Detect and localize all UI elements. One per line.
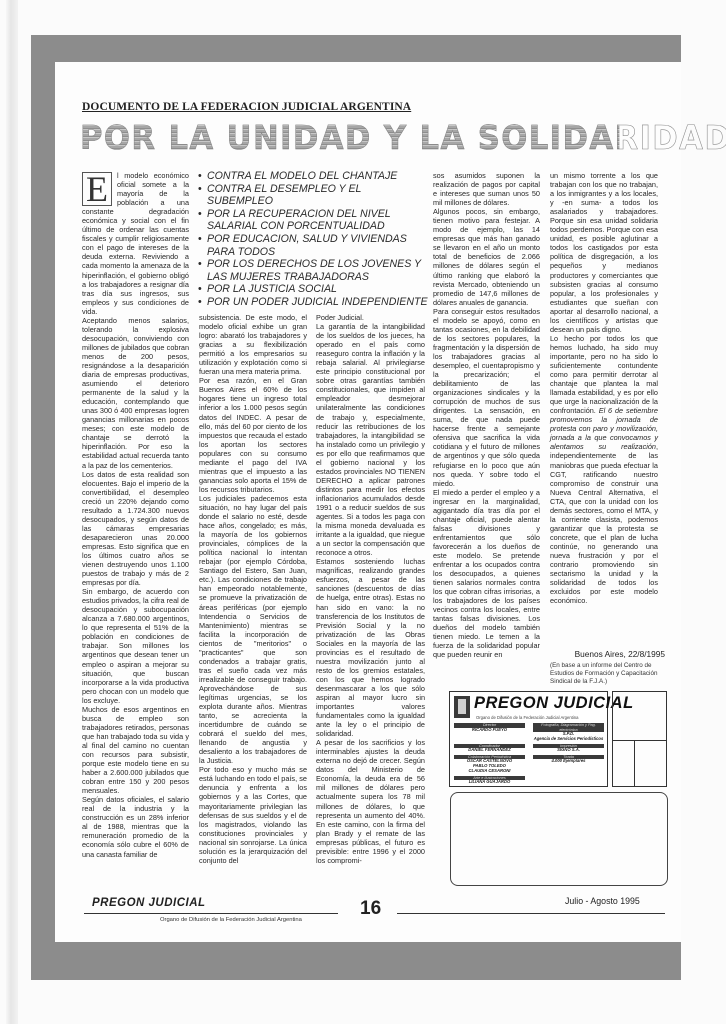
demand-item: CONTRA EL MODELO DEL CHANTAJE	[198, 170, 428, 183]
paragraph: Aceptando menos salarios, tolerando la e…	[82, 316, 189, 470]
masthead-credits: DirectorRICARDO FUEYO Fotografía, Diagra…	[454, 723, 604, 785]
masthead-box: PREGON JUDICIAL Organo de Difusión de la…	[449, 691, 608, 787]
empty-rounded-box	[450, 792, 668, 886]
column-1: El modelo económico oficial somete a la …	[82, 171, 189, 859]
paragraph: sos asumidos suponen la realización de p…	[433, 171, 540, 207]
paragraph: Según datos oficiales, el salario real d…	[82, 795, 189, 858]
masthead-logo-icon	[454, 696, 470, 718]
column-3: Poder Judicial. La garantía de la intang…	[316, 313, 425, 865]
source-note: (En base a un informe del Centro de Estu…	[550, 662, 665, 686]
paragraph: Algunos pocos, sin embargo, tienen motiv…	[433, 207, 540, 307]
column-5: un mismo torrente a los que trabajan con…	[550, 171, 658, 605]
credit: CoordinadorDANIEL FERNANDEZ	[454, 744, 525, 753]
credit: ImpresiónSIGNO S.A.	[533, 744, 604, 753]
drop-cap: E	[82, 172, 112, 206]
footer-org: Organo de Difusión de la Federación Judi…	[160, 917, 302, 923]
paragraph: Para conseguir estos resultados el model…	[433, 307, 540, 488]
credit: Colaboración PeriodísticaOSCAR CASTELNOV…	[454, 755, 525, 774]
empty-frame-box	[612, 691, 667, 787]
paragraph: Muchos de esos argentinos en busca de em…	[82, 705, 189, 795]
paragraph: Por todo eso y mucho más se está luchand…	[199, 765, 307, 865]
intro-paragraph: El modelo económico oficial somete a la …	[82, 171, 189, 316]
article-kicker: DOCUMENTO DE LA FEDERACION JUDICIAL ARGE…	[82, 101, 411, 113]
masthead-title: PREGON JUDICIAL	[474, 694, 634, 713]
demand-item: POR LA JUSTICIA SOCIAL	[198, 283, 428, 296]
demand-item: POR UN PODER JUDICIAL INDEPENDIENTE	[198, 296, 428, 309]
paragraph: un mismo torrente a los que trabajan con…	[550, 171, 658, 334]
footer-brand: PREGON JUDICIAL	[92, 897, 206, 909]
demand-item: CONTRA EL DESEMPLEO Y EL SUBEMPLEO	[198, 183, 428, 208]
paragraph: Poder Judicial.	[316, 313, 425, 322]
column-2: subsistencia. De este modo, el modelo of…	[199, 313, 307, 865]
paragraph: subsistencia. De este modo, el modelo of…	[199, 313, 307, 376]
paragraph: La garantía de la intangibilidad de los …	[316, 322, 425, 557]
article-headline: POR LA UNIDAD Y LA SOLIDARIDAD POPULAR	[80, 118, 619, 160]
scan-edge	[6, 0, 18, 1024]
demands-list: CONTRA EL MODELO DEL CHANTAJE CONTRA EL …	[198, 170, 428, 309]
credit: Arte e IlustracionesLILIANA GUAJARDO	[454, 776, 525, 785]
demand-item: POR LOS DERECHOS DE LOS JOVENES Y LAS MU…	[198, 258, 428, 283]
paragraph: El miedo a perder el empleo y a ingresar…	[433, 488, 540, 660]
divider	[613, 740, 666, 741]
place-date: Buenos Aires, 22/8/1995	[550, 649, 665, 659]
footer-rule	[84, 913, 338, 914]
paragraph: A pesar de los sacrificios y los intermi…	[316, 738, 425, 865]
paragraph: Los datos de esta realidad son elocuente…	[82, 470, 189, 588]
masthead-subtitle: Organo de Difusión de la Federación Judi…	[476, 715, 578, 720]
credit: DirectorRICARDO FUEYO	[454, 723, 525, 742]
column-4: sos asumidos suponen la realización de p…	[433, 171, 540, 660]
credit: Tirada4.000 Ejemplares	[533, 755, 604, 774]
divider	[634, 740, 635, 786]
page-number: 16	[360, 898, 381, 920]
demand-item: POR EDUCACION, SALUD Y VIVIENDAS PARA TO…	[198, 233, 428, 258]
paragraph: Los judiciales padecemos esta situación,…	[199, 494, 307, 765]
paragraph: Estamos sosteniendo luchas magníficas, r…	[316, 557, 425, 738]
issue-date: Julio - Agosto 1995	[565, 896, 640, 906]
footer-rule	[397, 913, 665, 914]
paragraph: Sin embargo, de acuerdo con estudios pri…	[82, 587, 189, 705]
paragraph: Por esa razón, en el Gran Buenos Aires e…	[199, 376, 307, 494]
signoff: Buenos Aires, 22/8/1995 (En base a un in…	[550, 649, 665, 686]
credit: Fotografía, Diagramación y Pag. electrón…	[533, 723, 604, 742]
demand-item: POR LA RECUPERACION DEL NIVEL SALARIAL C…	[198, 208, 428, 233]
paragraph: Lo hecho por todos los que hemos luchado…	[550, 334, 658, 605]
